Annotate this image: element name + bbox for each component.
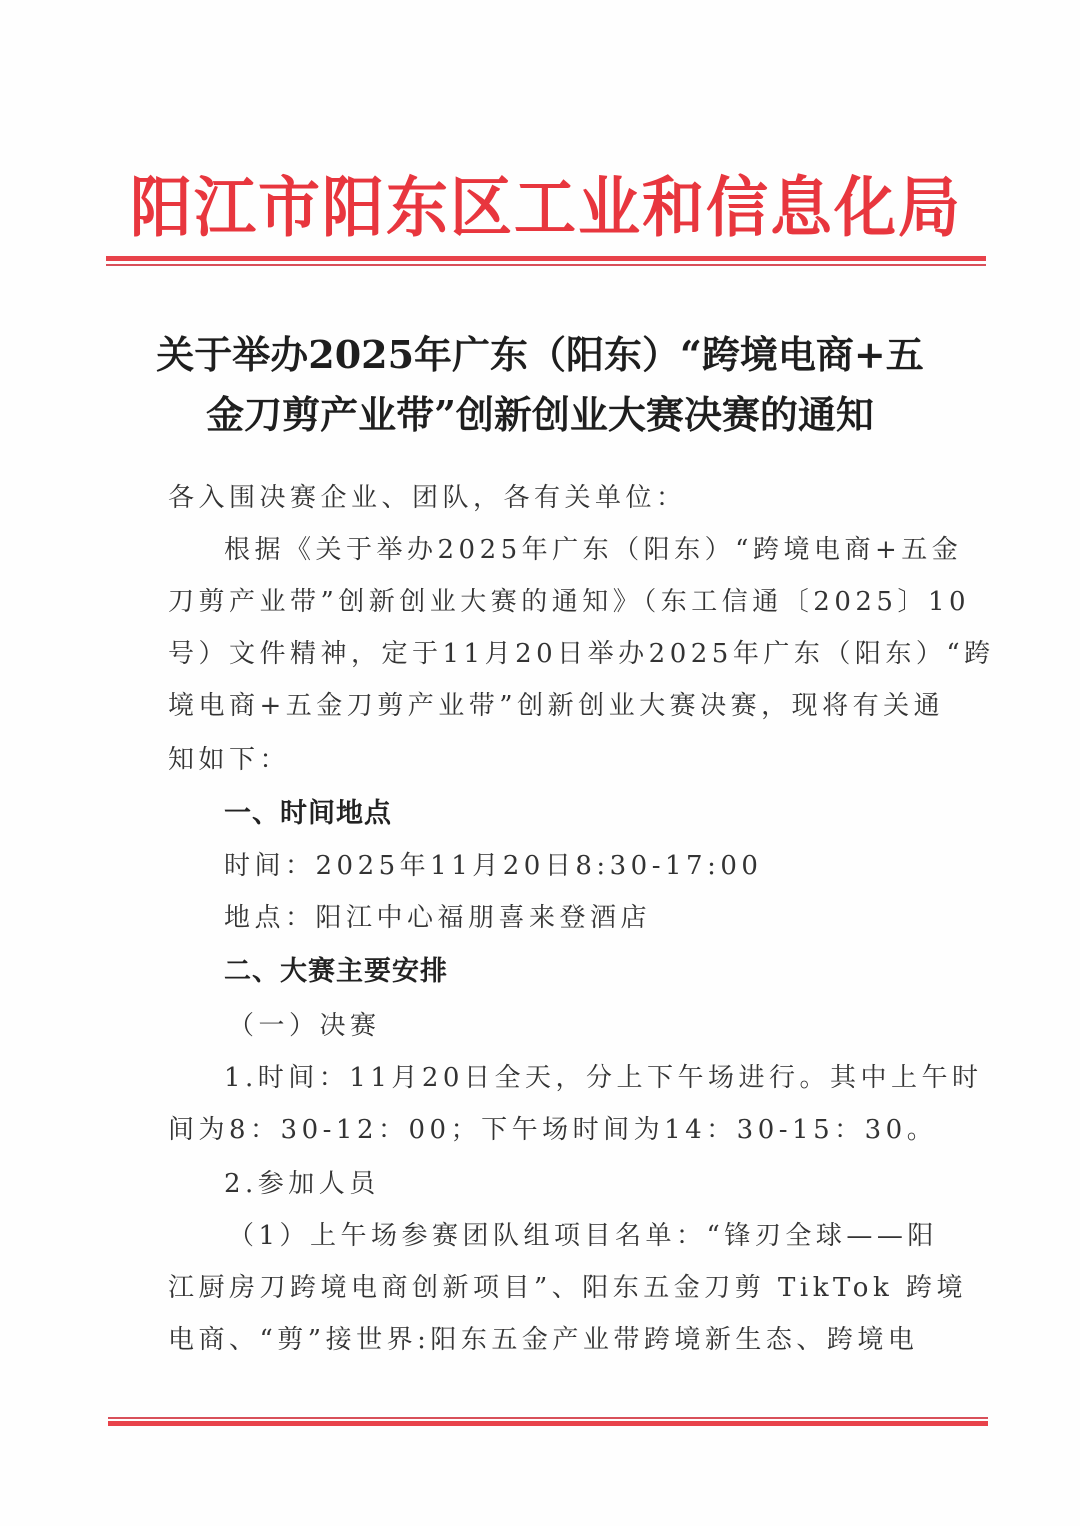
document-page: 阳江市阳东区工业和信息化局 关于举办2025年广东（阳东）“跨境电商+五 金刀剪… — [0, 0, 1080, 1526]
event-place: 地点：阳江中心福朋喜来登酒店 — [224, 898, 974, 938]
header-red-rule-thin — [106, 264, 986, 266]
morning-teams-line: 电商、“剪”接世界:阳东五金产业带跨境新生态、跨境电 — [168, 1320, 918, 1360]
intro-line: 境电商+五金刀剪产业带”创新创业大赛决赛，现将有关通 — [168, 686, 918, 726]
morning-teams-line: （1）上午场参赛团队组项目名单：“锋刃全球——阳 — [228, 1216, 978, 1256]
event-time: 时间：2025年11月20日8:30-17:00 — [224, 846, 974, 886]
finals-time-line: 间为8：30-12：00；下午场时间为14：30-15：30。 — [168, 1110, 918, 1150]
participants-heading: 2.参加人员 — [224, 1164, 974, 1204]
footer-red-rule-thin — [108, 1417, 988, 1419]
subsection-heading-finals: （一）决赛 — [228, 1006, 978, 1046]
intro-line: 号）文件精神，定于11月20日举办2025年广东（阳东）“跨 — [168, 634, 918, 674]
masthead-organization-name: 阳江市阳东区工业和信息化局 — [106, 166, 986, 250]
intro-line: 知如下： — [168, 740, 918, 780]
document-title-line-1: 关于举办2025年广东（阳东）“跨境电商+五 — [150, 325, 930, 385]
intro-line: 刀剪产业带”创新创业大赛的通知》（东工信通〔2025〕10 — [168, 582, 918, 622]
finals-time-line: 1.时间：11月20日全天，分上下午场进行。其中上午时 — [224, 1058, 974, 1098]
intro-line: 根据《关于举办2025年广东（阳东）“跨境电商+五金 — [224, 530, 974, 570]
section-heading-time-place: 一、时间地点 — [224, 794, 974, 834]
morning-teams-line: 江厨房刀跨境电商创新项目”、阳东五金刀剪 TikTok 跨境 — [168, 1268, 918, 1308]
document-title-line-2: 金刀剪产业带”创新创业大赛决赛的通知 — [150, 385, 930, 445]
salutation: 各入围决赛企业、团队，各有关单位： — [168, 478, 918, 518]
footer-red-rule-thick — [108, 1421, 988, 1426]
header-red-rule-thick — [106, 256, 986, 261]
section-heading-arrangements: 二、大赛主要安排 — [224, 952, 974, 992]
